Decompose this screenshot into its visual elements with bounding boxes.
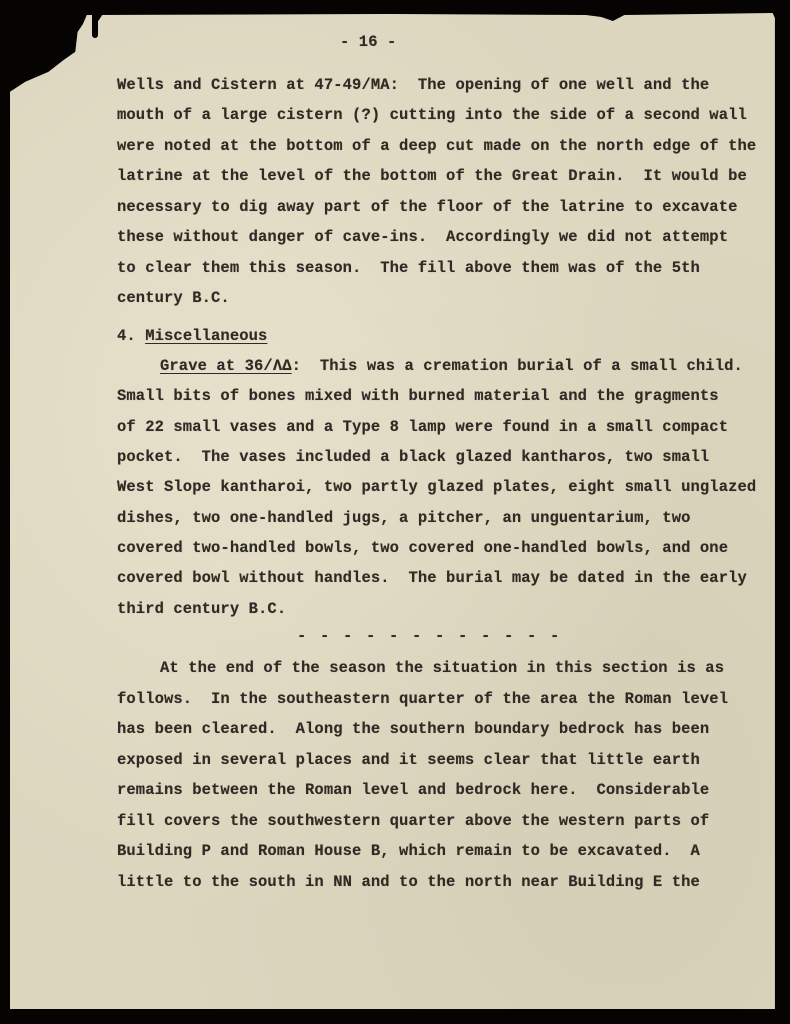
paragraph-line: West Slope kantharoi, two partly glazed …	[117, 478, 756, 496]
paragraph-line: fill covers the southwestern quarter abo…	[117, 812, 709, 830]
paragraph-line: remains between the Roman level and bedr…	[117, 781, 709, 799]
paragraph-line: has been cleared. Along the southern bou…	[117, 720, 709, 738]
grave-label: Grave at 36/ΛΔ	[160, 357, 292, 375]
paragraph-line: third century B.C.	[117, 600, 286, 618]
section-number: 4.	[117, 327, 145, 345]
paragraph-line: covered two-handled bowls, two covered o…	[117, 539, 728, 557]
page-number: - 16 -	[340, 33, 396, 51]
paragraph-line: Wells and Cistern at 47-49/MA: The openi…	[117, 76, 709, 94]
section-title: Miscellaneous	[145, 327, 267, 345]
paragraph-line: mouth of a large cistern (?) cutting int…	[117, 106, 747, 124]
section-divider: - - - - - - - - - - - -	[297, 627, 562, 645]
paragraph-line: At the end of the season the situation i…	[160, 659, 724, 677]
paragraph-line: Small bits of bones mixed with burned ma…	[117, 387, 719, 405]
paragraph-line: century B.C.	[117, 289, 230, 307]
paragraph-line: Building P and Roman House B, which rema…	[117, 842, 700, 860]
paragraph-line: exposed in several places and it seems c…	[117, 751, 700, 769]
paragraph-line: little to the south in NN and to the nor…	[117, 873, 700, 891]
grave-intro: : This was a cremation burial of a small…	[292, 357, 743, 375]
paragraph-line: these without danger of cave-ins. Accord…	[117, 228, 728, 246]
paragraph-line: to clear them this season. The fill abov…	[117, 259, 700, 277]
paragraph-line: were noted at the bottom of a deep cut m…	[117, 137, 756, 155]
paragraph-line: of 22 small vases and a Type 8 lamp were…	[117, 418, 728, 436]
paragraph-line: latrine at the level of the bottom of th…	[117, 167, 747, 185]
grave-first-line: Grave at 36/ΛΔ: This was a cremation bur…	[160, 357, 743, 375]
paragraph-line: necessary to dig away part of the floor …	[117, 198, 738, 216]
paragraph-line: dishes, two one-handled jugs, a pitcher,…	[117, 509, 691, 527]
paper-tear	[92, 12, 98, 38]
section-heading: 4. Miscellaneous	[117, 327, 267, 345]
paragraph-line: pocket. The vases included a black glaze…	[117, 448, 709, 466]
paragraph-line: follows. In the southeastern quarter of …	[117, 690, 728, 708]
paragraph-line: covered bowl without handles. The burial…	[117, 569, 747, 587]
